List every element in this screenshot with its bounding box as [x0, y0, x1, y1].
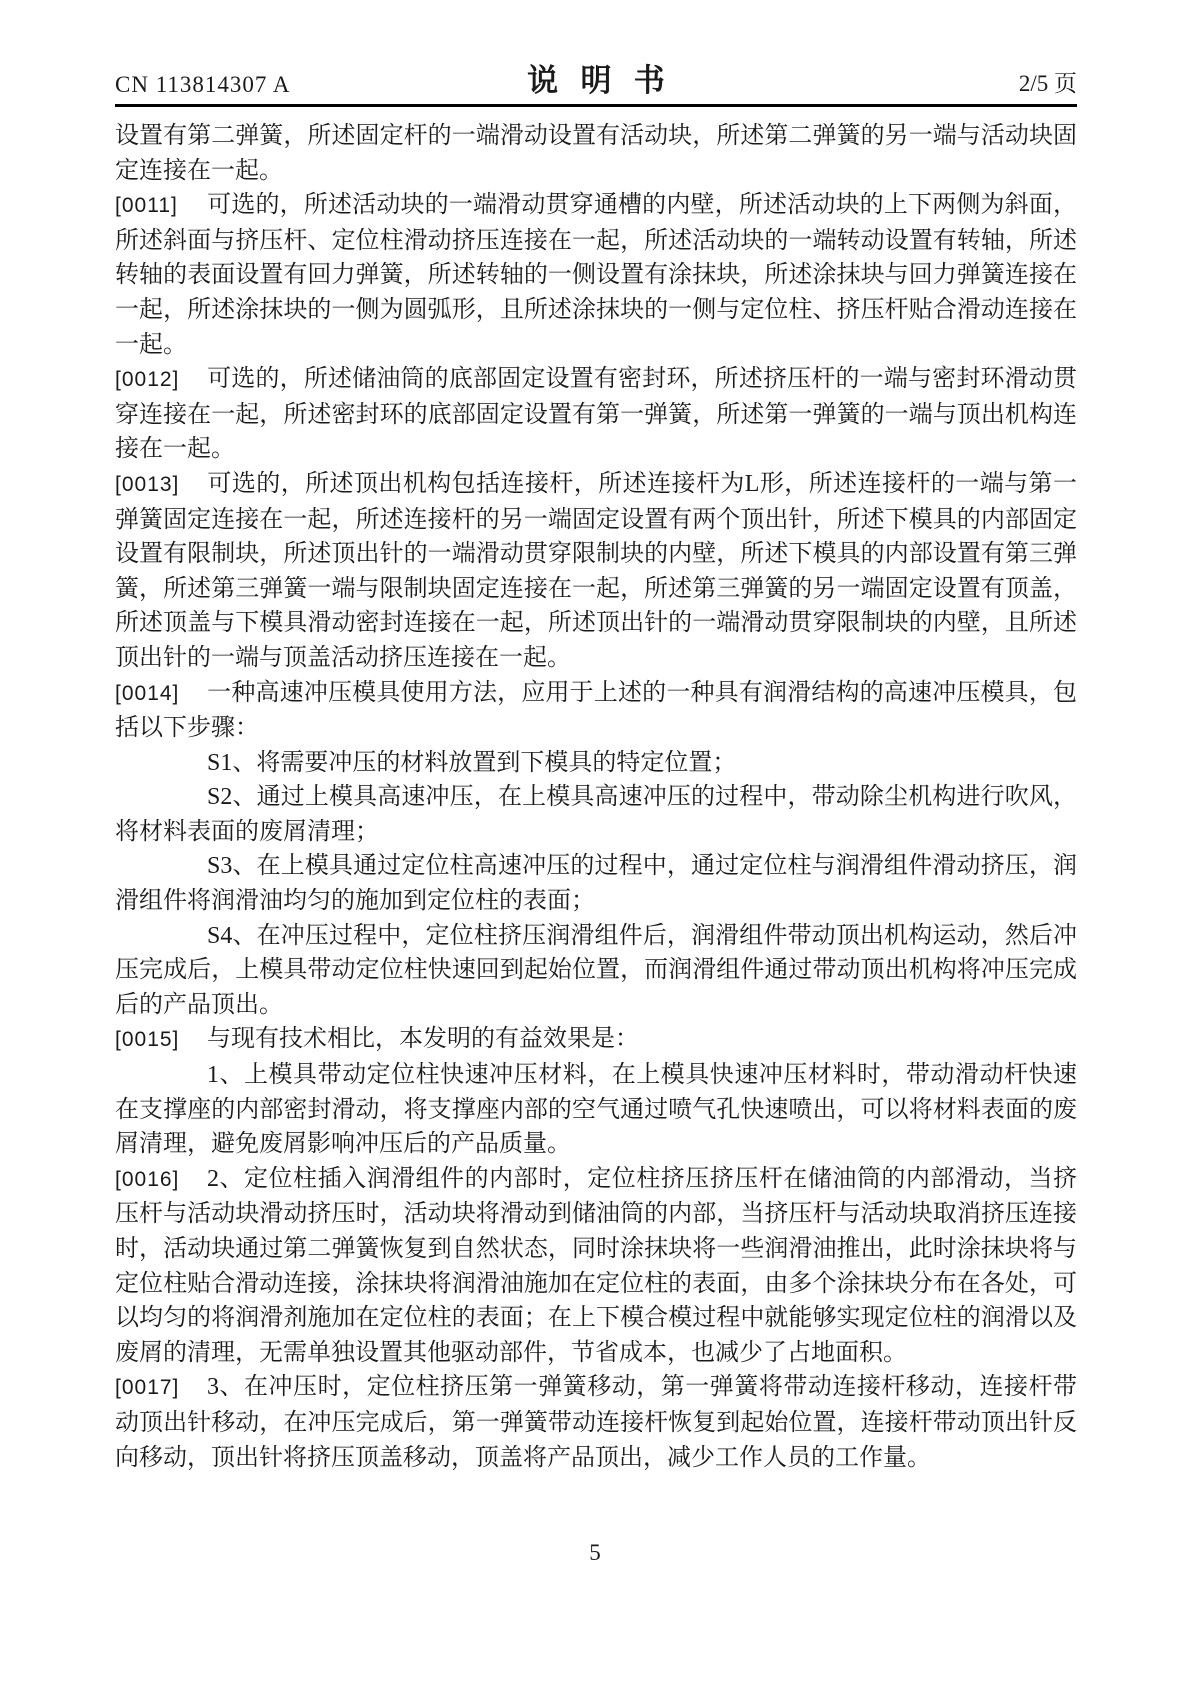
paragraph: 设置有第二弹簧，所述固定杆的一端滑动设置有活动块，所述第二弹簧的另一端与活动块固…: [115, 119, 1077, 188]
document-title: 说明书: [505, 55, 687, 100]
paragraph-text: S4、在冲压过程中，定位柱挤压润滑组件后，润滑组件带动顶出机构运动，然后冲压完成…: [115, 923, 1077, 1018]
header-rule: [115, 104, 1077, 107]
paragraph-text: S3、在上模具通过定位柱高速冲压的过程中，通过定位柱与润滑组件滑动挤压，润滑组件…: [115, 853, 1077, 914]
page-header: CN 113814307 A 说明书 2/5 页: [115, 60, 1077, 102]
paragraph-text: 一种高速冲压模具使用方法，应用于上述的一种具有润滑结构的高速冲压模具，包括以下步…: [115, 680, 1077, 742]
paragraph: [0015]与现有技术相比，本发明的有益效果是：: [115, 1022, 1077, 1058]
paragraph-number: [0015]: [115, 1023, 207, 1058]
paragraph-text: 设置有第二弹簧，所述固定杆的一端滑动设置有活动块，所述第二弹簧的另一端与活动块固…: [115, 123, 1077, 184]
paragraph-text: 可选的，所述储油筒的底部固定设置有密封环，所述挤压杆的一端与密封环滑动贯穿连接在…: [115, 366, 1077, 462]
paragraph: S4、在冲压过程中，定位柱挤压润滑组件后，润滑组件带动顶出机构运动，然后冲压完成…: [115, 919, 1077, 1023]
paragraph: [0013]可选的，所述顶出机构包括连接杆，所述连接杆为L形，所述连接杆的一端与…: [115, 467, 1077, 676]
paragraph-number: [0014]: [115, 677, 207, 712]
paragraph-text: 2、定位柱插入润滑组件的内部时，定位柱挤压挤压杆在储油筒的内部滑动，当挤压杆与活…: [115, 1166, 1077, 1366]
paragraph-text: 可选的，所述顶出机构包括连接杆，所述连接杆为L形，所述连接杆的一端与第一弹簧固定…: [115, 471, 1077, 671]
paragraph: S3、在上模具通过定位柱高速冲压的过程中，通过定位柱与润滑组件滑动挤压，润滑组件…: [115, 849, 1077, 918]
patent-specification-page: CN 113814307 A 说明书 2/5 页 设置有第二弹簧，所述固定杆的一…: [0, 0, 1190, 1684]
page-footer: 5: [0, 1540, 1190, 1566]
paragraph-number: [0016]: [115, 1163, 207, 1198]
paragraph-text: S2、通过上模具高速冲压，在上模具高速冲压的过程中，带动除尘机构进行吹风，将材料…: [115, 784, 1077, 845]
paragraph-text: 1、上模具带动定位柱快速冲压材料，在上模具快速冲压材料时，带动滑动杆快速在支撑座…: [115, 1062, 1077, 1157]
paragraph: 1、上模具带动定位柱快速冲压材料，在上模具快速冲压材料时，带动滑动杆快速在支撑座…: [115, 1058, 1077, 1162]
paragraph: [0017]3、在冲压时，定位柱挤压第一弹簧移动，第一弹簧将带动连接杆移动，连接…: [115, 1370, 1077, 1475]
paragraph-number: [0017]: [115, 1371, 207, 1406]
paragraph-text: 可选的，所述活动块的一端滑动贯穿通槽的内壁，所述活动块的上下两侧为斜面，所述斜面…: [115, 192, 1077, 357]
paragraph: S1、将需要冲压的材料放置到下模具的特定位置；: [115, 746, 1077, 781]
paragraph: [0016]2、定位柱插入润滑组件的内部时，定位柱挤压挤压杆在储油筒的内部滑动，…: [115, 1162, 1077, 1371]
paragraph-number: [0012]: [115, 363, 207, 398]
paragraph: [0011]可选的，所述活动块的一端滑动贯穿通槽的内壁，所述活动块的上下两侧为斜…: [115, 188, 1077, 362]
document-number: CN 113814307 A: [115, 72, 290, 98]
paragraph: S2、通过上模具高速冲压，在上模具高速冲压的过程中，带动除尘机构进行吹风，将材料…: [115, 780, 1077, 849]
page-indicator: 2/5 页: [1019, 65, 1077, 98]
paragraph-number: [0011]: [115, 189, 207, 224]
paragraph-text: 与现有技术相比，本发明的有益效果是：: [207, 1026, 639, 1052]
document-body: 设置有第二弹簧，所述固定杆的一端滑动设置有活动块，所述第二弹簧的另一端与活动块固…: [115, 119, 1077, 1475]
paragraph-text: S1、将需要冲压的材料放置到下模具的特定位置；: [207, 750, 736, 776]
page-number: 5: [589, 1540, 601, 1565]
paragraph: [0012]可选的，所述储油筒的底部固定设置有密封环，所述挤压杆的一端与密封环滑…: [115, 362, 1077, 467]
paragraph-text: 3、在冲压时，定位柱挤压第一弹簧移动，第一弹簧将带动连接杆移动，连接杆带动顶出针…: [115, 1374, 1077, 1470]
paragraph: [0014]一种高速冲压模具使用方法，应用于上述的一种具有润滑结构的高速冲压模具…: [115, 676, 1077, 746]
paragraph-number: [0013]: [115, 468, 207, 503]
